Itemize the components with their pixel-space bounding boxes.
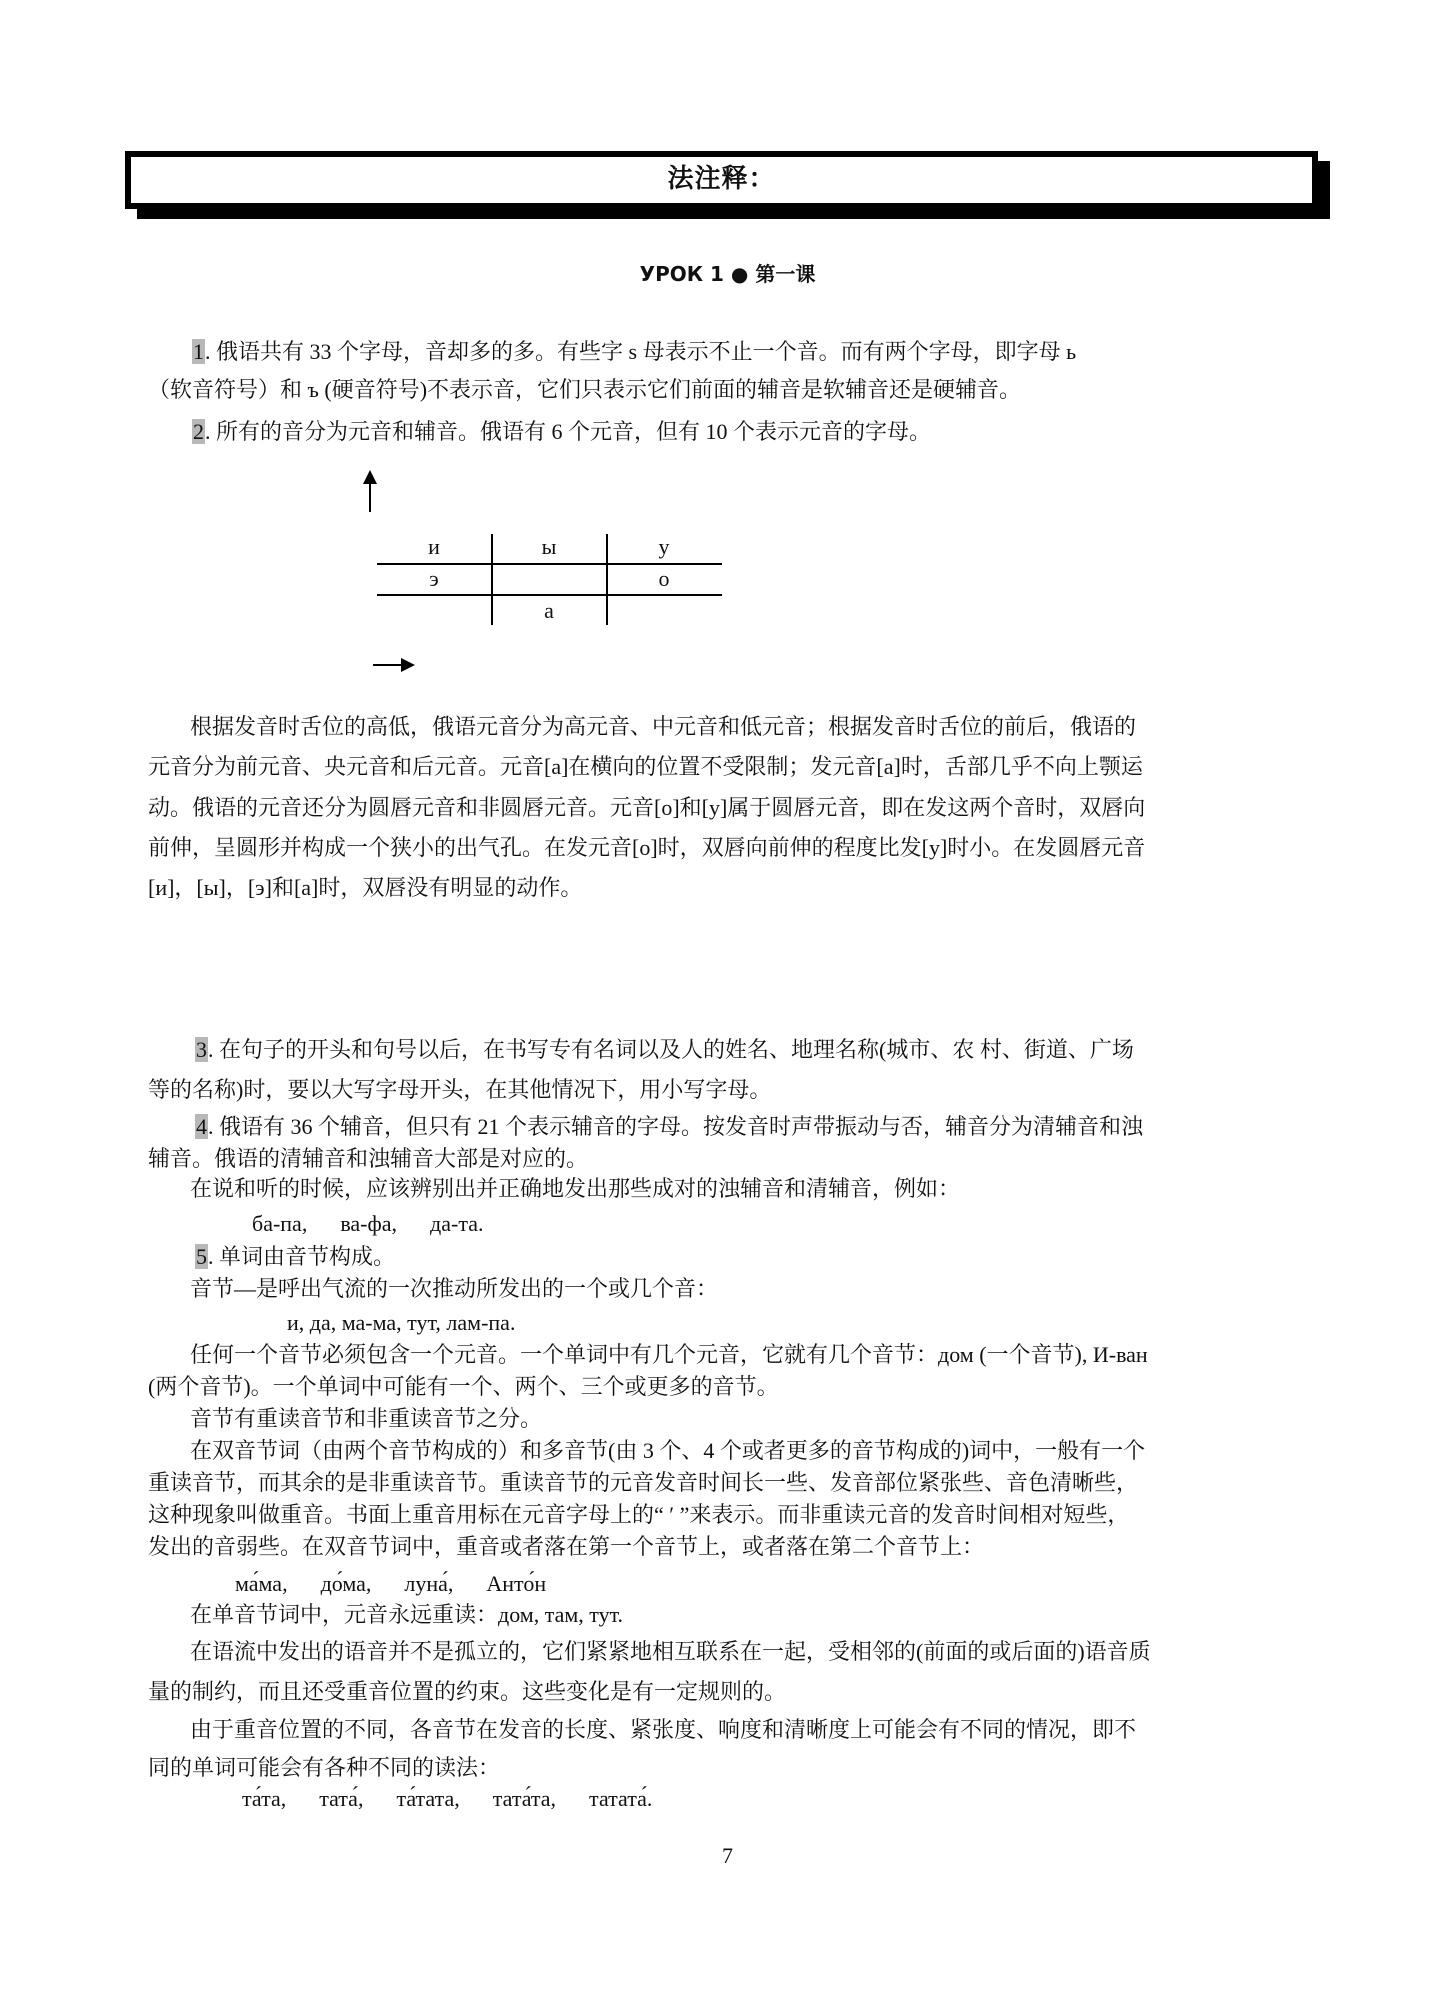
- item-5-text-15: 同的单词可能会有各种不同的读法：: [148, 1754, 500, 1782]
- vowel-para-line-4: 前伸，呈圆形并构成一个狭小的出气孔。在发元音[o]时，双唇向前伸的程度比发[y]…: [148, 834, 1145, 862]
- item-5-text-9: 发出的音弱些。在双音节词中，重音或者落在第一个音节上，或者落在第二个音节上：: [148, 1533, 984, 1561]
- vowel-para-line-1: 根据发音时舌位的高低，俄语元音分为高元音、中元音和低元音；根据发音时舌位的前后，…: [190, 713, 1136, 741]
- item-5-text-14: 由于重音位置的不同，各音节在发音的长度、紧张度、响度和清晰度上可能会有不同的情况…: [190, 1716, 1136, 1744]
- vowel-o: о: [634, 566, 694, 592]
- arrow-right-icon: [373, 664, 409, 666]
- item-number-4: 4: [195, 1114, 208, 1139]
- item-5-line-1: 5. 单词由音节构成。: [195, 1243, 395, 1271]
- chart-hline-1: [377, 563, 722, 565]
- item-5-text-2: и, да, ма-ма, тут, лам-па.: [287, 1309, 515, 1337]
- item-3-line-1: 3. 在句子的开头和句号以后，在书写专有名词以及人的姓名、地理名称(城市、农 村…: [195, 1036, 1134, 1064]
- vowel-para-line-3: 动。俄语的元音还分为圆唇元音和非圆唇元音。元音[o]和[y]属于圆唇元音，即在发…: [148, 794, 1145, 822]
- lesson-heading: УРОК 1 ● 第一课: [0, 258, 1455, 287]
- item-4-line-1: 4. 俄语有 36 个辅音，但只有 21 个表示辅音的字母。按发音时声带振动与否…: [195, 1113, 1143, 1141]
- chart-vline-1: [491, 534, 493, 625]
- section-title: 法注释：: [131, 159, 1312, 199]
- item-5-text-8: 这种现象叫做重音。书面上重音用标在元音字母上的“ ′ ”来表示。而非重读元音的发…: [148, 1501, 1129, 1529]
- item-5-text-7: 重读音节，而其余的是非重读音节。重读音节的元音发音时间长一些、发音部位紧张些、音…: [148, 1469, 1138, 1497]
- chart-vline-2: [606, 534, 608, 625]
- item-5-text-4: (两个音节)。一个单词中可能有一个、两个、三个或更多的音节。: [148, 1373, 779, 1401]
- vowel-para-line-2: 元音分为前元音、央元音和后元音。元音[a]在横向的位置不受限制；发元音[a]时，…: [148, 753, 1143, 781]
- item-5-text-5: 音节有重读音节和非重读音节之分。: [190, 1405, 542, 1433]
- item-number-2: 2: [192, 419, 205, 444]
- item-1-line-1: 1. 俄语共有 33 个字母，音却多的多。有些字 s 母表示不止一个音。而有两个…: [192, 338, 1076, 366]
- item-4-examples: ба-па, ва-фа, да-та.: [252, 1210, 483, 1238]
- item-4-line-3: 在说和听的时候，应该辨别出并正确地发出那些成对的浊辅音和清辅音，例如：: [190, 1175, 960, 1203]
- item-5-text-3: 任何一个音节必须包含一个元音。一个单词中有几个元音，它就有几个音节：дом (一…: [190, 1341, 1148, 1369]
- vowel-e: э: [404, 566, 464, 592]
- item-5-text-11: 在单音节词中，元音永远重读：дом, там, тут.: [190, 1601, 623, 1629]
- stress-examples-2: та́та, тата́, та́тата, тата́та, татата́.: [242, 1785, 652, 1813]
- vowel-a: а: [519, 598, 579, 624]
- item-5-text-6: 在双音节词（由两个音节构成的）和多音节(由 3 个、4 个或者更多的音节构成的)…: [190, 1437, 1145, 1465]
- item-1-line-2: （软音符号）和 ъ (硬音符号)不表示音，它们只表示它们前面的辅音是软辅音还是硬…: [148, 376, 1021, 404]
- arrow-up-icon: [369, 474, 371, 512]
- item-2-line-1: 2. 所有的音分为元音和辅音。俄语有 6 个元音，但有 10 个表示元音的字母。: [192, 418, 931, 446]
- vowel-para-line-5: [и]，[ы]，[э]和[a]时，双唇没有明显的动作。: [148, 874, 582, 902]
- item-number-3: 3: [195, 1037, 208, 1062]
- item-4-line-2: 辅音。俄语的清辅音和浊辅音大部是对应的。: [148, 1145, 588, 1173]
- vowel-i: и: [404, 534, 464, 560]
- item-5-text-12: 在语流中发出的语音并不是孤立的，它们紧紧地相互联系在一起，受相邻的(前面的或后面…: [190, 1638, 1151, 1666]
- item-3-line-2: 等的名称)时，要以大写字母开头，在其他情况下，用小写字母。: [148, 1076, 771, 1104]
- item-number-1: 1: [192, 339, 205, 364]
- chart-hline-2: [377, 594, 722, 596]
- vowel-y: ы: [519, 534, 579, 560]
- page-number: 7: [722, 1843, 733, 1869]
- stress-examples-1: ма́ма, до́ма, луна́, Анто́н: [235, 1570, 546, 1598]
- item-5-text-1: 音节—是呼出气流的一次推动所发出的一个或几个音：: [190, 1275, 718, 1303]
- section-title-box: 法注释：: [125, 151, 1318, 209]
- item-5-text-13: 量的制约，而且还受重音位置的约束。这些变化是有一定规则的。: [148, 1678, 786, 1706]
- vowel-u: у: [634, 534, 694, 560]
- item-number-5: 5: [195, 1244, 208, 1269]
